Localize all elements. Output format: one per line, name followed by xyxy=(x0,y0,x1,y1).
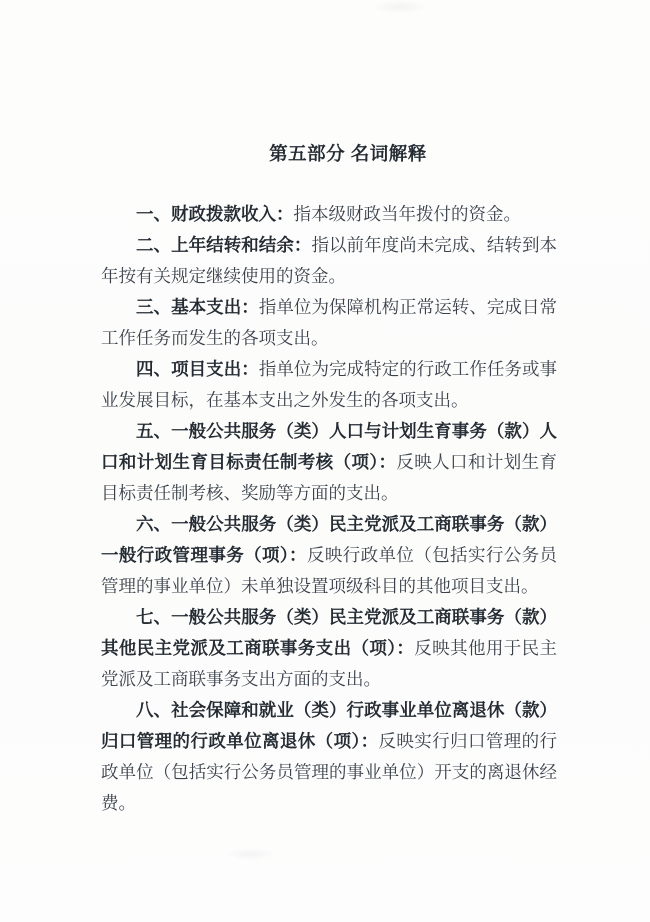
definition-paragraph: 七、一般公共服务（类）民主党派及工商联事务（款）其他民主党派及工商联事务支出（项… xyxy=(101,602,557,695)
term-label: 二、上年结转和结余： xyxy=(136,235,311,255)
definition-paragraph: 五、一般公共服务（类）人口与计划生育事务（款）人口和计划生育目标责任制考核（项）… xyxy=(101,416,557,509)
scan-smudge xyxy=(370,0,430,14)
definition-paragraph: 四、项目支出：指单位为完成特定的行政工作任务或事业发展目标，在基本支出之外发生的… xyxy=(101,354,557,416)
document-page: { "document": { "title": "第五部分 名词解释", "p… xyxy=(0,0,650,922)
page-title: 第五部分 名词解释 xyxy=(120,143,576,165)
term-label: 三、基本支出： xyxy=(136,297,259,317)
definition-paragraph: 八、社会保障和就业（类）行政事业单位离退休（款）归口管理的行政单位离退休（项）：… xyxy=(101,695,557,819)
scanned-page: 第五部分 名词解释 一、财政拨款收入：指本级财政当年拨付的资金。 二、上年结转和… xyxy=(0,0,650,922)
definition-paragraph: 二、上年结转和结余：指以前年度尚未完成、结转到本年按有关规定继续使用的资金。 xyxy=(101,230,557,292)
definition-paragraph: 六、一般公共服务（类）民主党派及工商联事务（款）一般行政管理事务（项）：反映行政… xyxy=(101,509,557,602)
term-label: 四、项目支出： xyxy=(136,359,259,379)
definitions-list: 一、财政拨款收入：指本级财政当年拨付的资金。 二、上年结转和结余：指以前年度尚未… xyxy=(101,199,557,819)
scan-smudge xyxy=(225,848,275,860)
definition-paragraph: 一、财政拨款收入：指本级财政当年拨付的资金。 xyxy=(101,199,557,230)
term-label: 一、财政拨款收入： xyxy=(136,204,294,224)
definition-paragraph: 三、基本支出：指单位为保障机构正常运转、完成日常工作任务而发生的各项支出。 xyxy=(101,292,557,354)
term-definition: 指本级财政当年拨付的资金。 xyxy=(294,204,522,224)
